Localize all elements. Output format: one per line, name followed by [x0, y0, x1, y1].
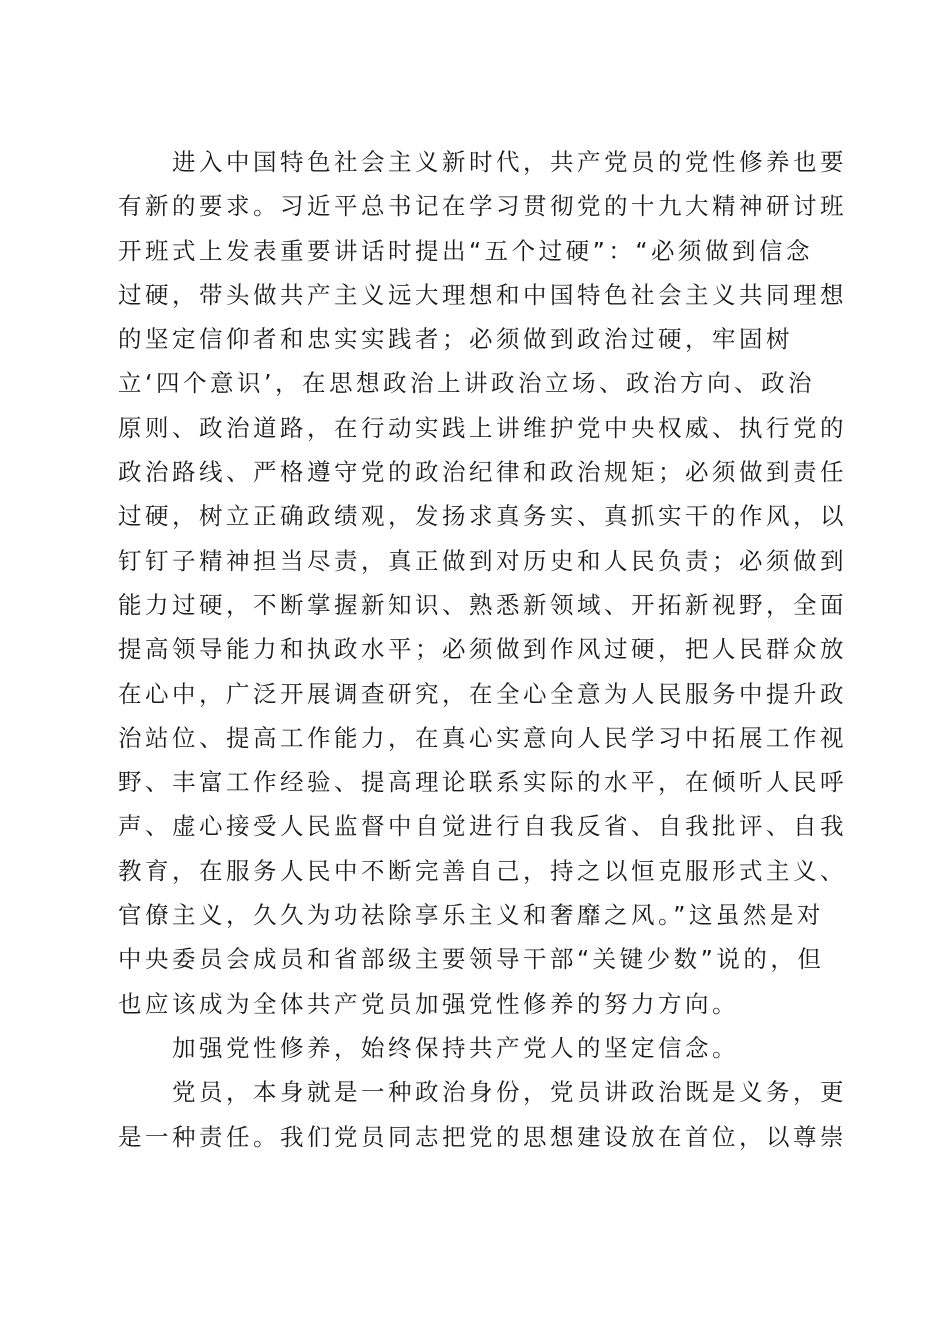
text-line: 治站位、提高工作能力，在真心实意向人民学习中拓展工作视	[118, 716, 830, 760]
text-line: 在心中，广泛开展调查研究，在全心全意为人民服务中提升政	[118, 672, 830, 716]
text-line: 中央委员会成员和省部级主要领导干部“关键少数”说的，但	[118, 937, 830, 981]
text-line: 开班式上发表重要讲话时提出“五个过硬”：“必须做到信念	[118, 229, 830, 273]
document-page: 进入中国特色社会主义新时代，共产党员的党性修养也要 有新的要求。习近平总书记在学…	[118, 140, 830, 1159]
text-line: 也应该成为全体共产党员加强党性修养的努力方向。	[118, 982, 830, 1026]
text-line: 进入中国特色社会主义新时代，共产党员的党性修养也要	[118, 140, 830, 184]
paragraph-heading-belief: 加强党性修养，始终保持共产党人的坚定信念。	[118, 1026, 830, 1070]
text-line: 党员，本身就是一种政治身份，党员讲政治既是义务，更	[118, 1070, 830, 1114]
text-line: 立‘四个意识’，在思想政治上讲政治立场、政治方向、政治	[118, 361, 830, 405]
text-line: 教育，在服务人民中不断完善自己，持之以恒克服形式主义、	[118, 849, 830, 893]
text-line: 过硬，树立正确政绩观，发扬求真务实、真抓实干的作风，以	[118, 494, 830, 538]
text-line: 过硬，带头做共产主义远大理想和中国特色社会主义共同理想	[118, 273, 830, 317]
paragraph-party-member-identity: 党员，本身就是一种政治身份，党员讲政治既是义务，更 是一种责任。我们党员同志把党…	[118, 1070, 830, 1159]
section-heading-line: 加强党性修养，始终保持共产党人的坚定信念。	[118, 1026, 830, 1070]
text-line: 能力过硬，不断掌握新知识、熟悉新领域、开拓新视野，全面	[118, 583, 830, 627]
text-line: 政治路线、严格遵守党的政治纪律和政治规矩；必须做到责任	[118, 450, 830, 494]
text-line: 钉钉子精神担当尽责，真正做到对历史和人民负责；必须做到	[118, 539, 830, 583]
text-line: 声、虚心接受人民监督中自觉进行自我反省、自我批评、自我	[118, 804, 830, 848]
text-line: 有新的要求。习近平总书记在学习贯彻党的十九大精神研讨班	[118, 184, 830, 228]
paragraph-five-hard: 进入中国特色社会主义新时代，共产党员的党性修养也要 有新的要求。习近平总书记在学…	[118, 140, 830, 1026]
text-line: 是一种责任。我们党员同志把党的思想建设放在首位，以尊崇	[118, 1115, 830, 1159]
text-line: 野、丰富工作经验、提高理论联系实际的水平，在倾听人民呼	[118, 760, 830, 804]
text-line: 官僚主义，久久为功祛除享乐主义和奢靡之风。”这虽然是对	[118, 893, 830, 937]
text-line: 的坚定信仰者和忠实实践者；必须做到政治过硬，牢固树	[118, 317, 830, 361]
text-line: 原则、政治道路，在行动实践上讲维护党中央权威、执行党的	[118, 406, 830, 450]
text-line: 提高领导能力和执政水平；必须做到作风过硬，把人民群众放	[118, 627, 830, 671]
